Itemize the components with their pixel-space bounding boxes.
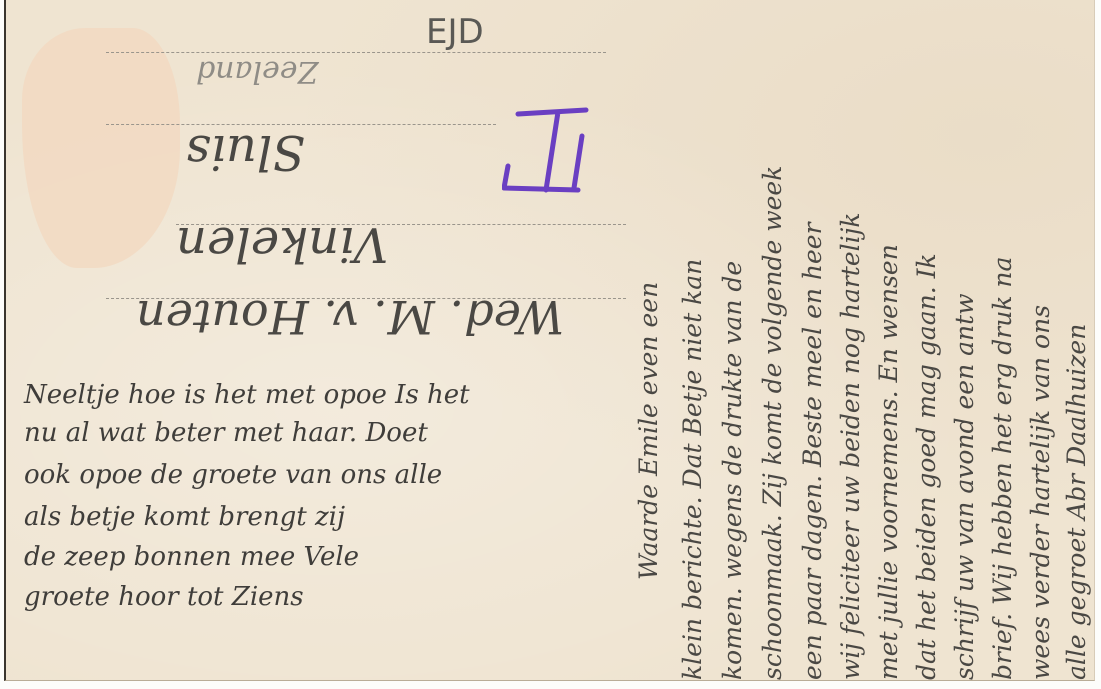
message-left-line-6: groete hoor tot Ziens: [24, 580, 304, 614]
message-left-line-2: nu al wat beter met haar. Doet: [24, 416, 428, 450]
postcard-back: EJD Zeeland Sluis Vinkelen Wed. M. v. Ho…: [4, 0, 1095, 681]
archive-code-mark: EJD: [426, 12, 484, 52]
message-left-line-5: de zeep bonnen mee Vele: [24, 540, 359, 574]
message-right-line-6: wij feliciteer uw beiden nog hartelijk: [836, 212, 866, 680]
message-right-line-4: schoonmaak. Zij komt de volgende week: [758, 166, 788, 680]
message-right-line-3: komen. wegens de drukte van de: [718, 261, 748, 680]
message-right-line-11: wees verder hartelijk van ons: [1026, 305, 1056, 680]
message-left-line-1: Neeltje hoe is het met opoe Is het: [24, 378, 470, 412]
address-line-2: Vinkelen: [176, 216, 388, 272]
message-right-line-9: schrijf uw van avond een antw: [950, 293, 980, 680]
address-line-3: Sluis: [186, 124, 305, 180]
message-right-line-2: klein berichte. Dat Betje niet kan: [678, 259, 708, 680]
message-right-line-8: dat het beiden goed mag gaan. Ik: [912, 253, 942, 680]
message-left-line-4: als betje komt brengt zij: [24, 500, 345, 534]
torn-stamp-area: [22, 28, 180, 268]
address-line-1: Wed. M. v. Houten: [136, 290, 564, 344]
message-right-line-10: brief. Wij hebben het erg druk na: [988, 257, 1018, 680]
message-right-line-5: een paar dagen. Beste meel en heer: [798, 222, 828, 680]
message-right-line-12: alle gegroet Abr Daalhuizen: [1062, 324, 1092, 680]
address-rule-1: [106, 52, 606, 53]
address-line-4: Zeeland: [196, 54, 318, 89]
message-right-line-1: Waarde Emile even een: [634, 282, 664, 580]
message-right-line-7: met jullie voornemens. En wensen: [874, 244, 904, 680]
message-left-line-3: ook opoe de groete van ons alle: [24, 458, 442, 492]
roman-numeral-mark: [502, 106, 592, 194]
